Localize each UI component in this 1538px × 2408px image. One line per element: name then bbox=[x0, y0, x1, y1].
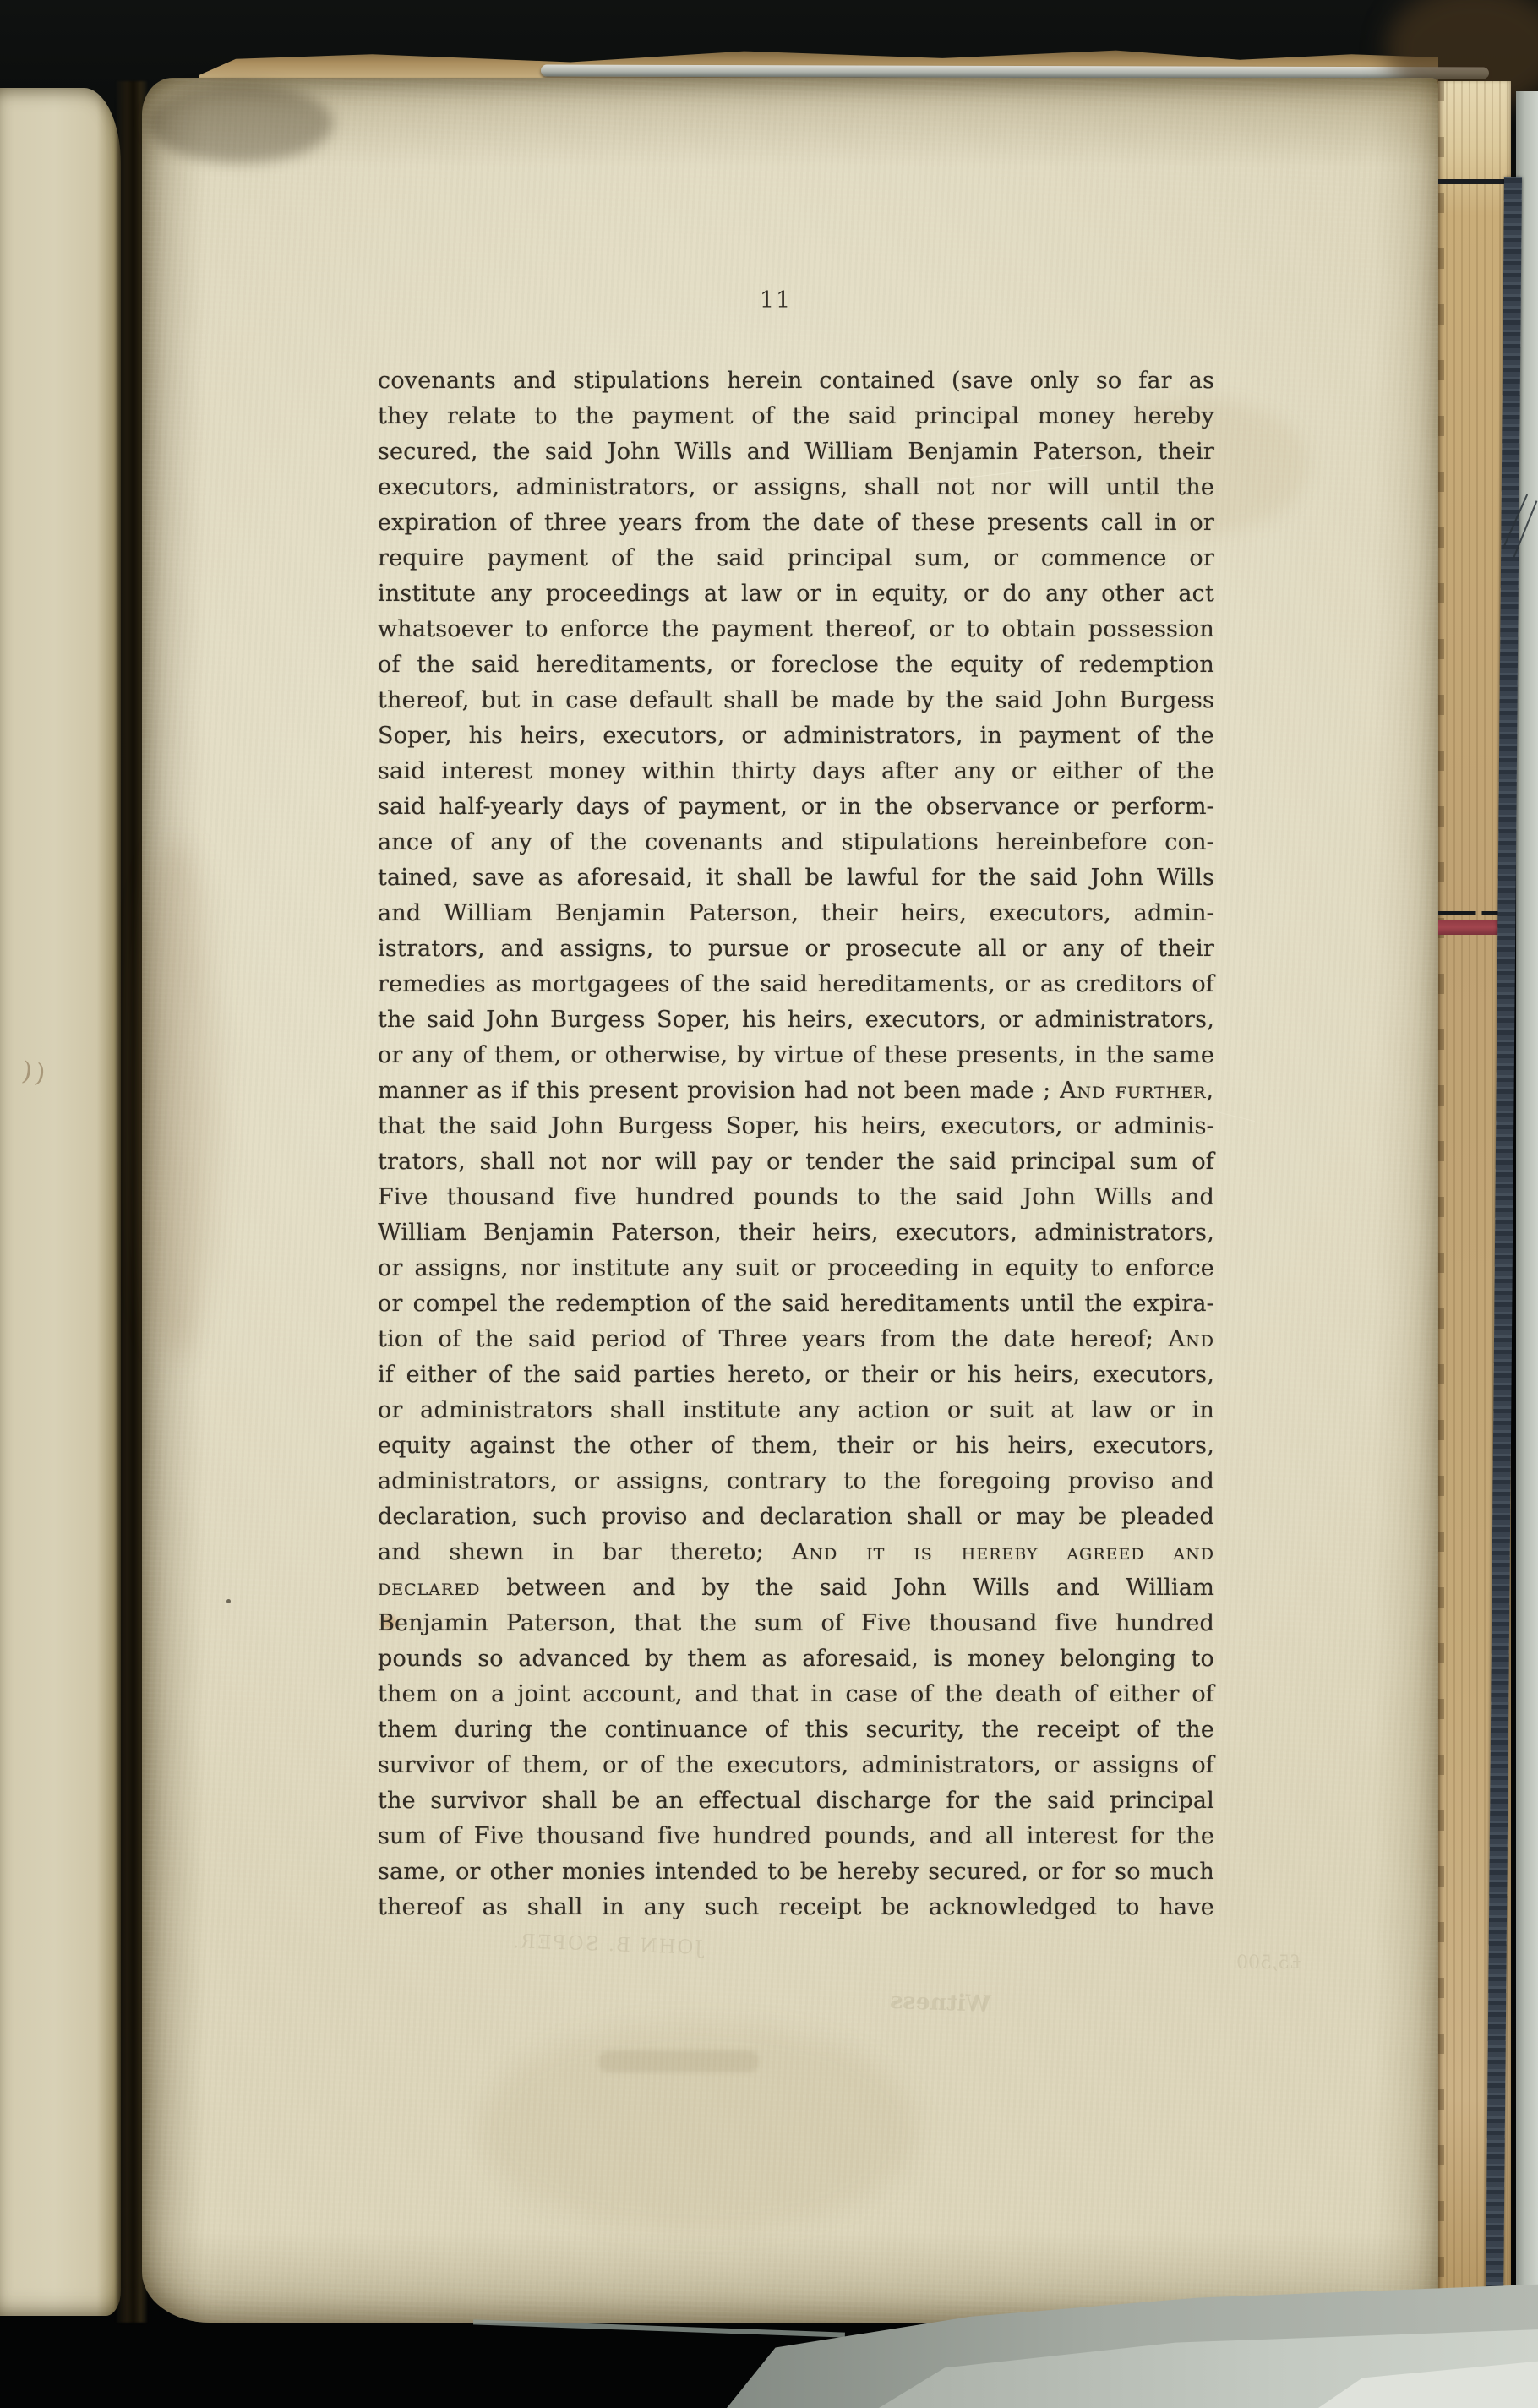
text-segment: whatsoever to enforce the payment thereo… bbox=[378, 616, 1214, 642]
text-segment: of the said hereditaments, or foreclose … bbox=[378, 652, 1214, 678]
text-line: sum of Five thousand five hundred pounds… bbox=[378, 1819, 1214, 1854]
text-line: whatsoever to enforce the payment thereo… bbox=[378, 612, 1214, 647]
text-line: Five thousand five hundred pounds to the… bbox=[378, 1180, 1214, 1215]
text-segment: secured, the said John Wills and William… bbox=[378, 439, 1214, 465]
text-line: expiration of three years from the date … bbox=[378, 505, 1214, 541]
text-segment: them during the continuance of this secu… bbox=[378, 1717, 1214, 1743]
text-line: covenants and stipulations herein contai… bbox=[378, 363, 1214, 399]
book-page: 11 covenants and stipulations herein con… bbox=[142, 78, 1438, 2323]
loose-white-sheet bbox=[1318, 2341, 1538, 2408]
text-line: said half-yearly days of payment, or in … bbox=[378, 789, 1214, 825]
text-segment: sum of Five thousand five hundred pounds… bbox=[378, 1823, 1214, 1849]
edge-pen-marks bbox=[1509, 492, 1536, 563]
text-segment: thereof as shall in any such receipt be … bbox=[378, 1894, 1214, 1920]
text-line: administrators, or assigns, contrary to … bbox=[378, 1464, 1214, 1499]
text-line: them during the continuance of this secu… bbox=[378, 1712, 1214, 1748]
text-segment: pounds so advanced by them as aforesaid,… bbox=[378, 1646, 1214, 1672]
text-segment: trators, shall not nor will pay or tende… bbox=[378, 1149, 1214, 1175]
text-segment: ance of any of the covenants and stipula… bbox=[378, 829, 1214, 855]
text-segment: tained, save as aforesaid, it shall be l… bbox=[378, 865, 1214, 891]
text-segment: declaration, such proviso and declaratio… bbox=[378, 1504, 1214, 1530]
text-line: said interest money within thirty days a… bbox=[378, 754, 1214, 789]
text-line: institute any proceedings at law or in e… bbox=[378, 576, 1214, 612]
text-line: tained, save as aforesaid, it shall be l… bbox=[378, 860, 1214, 896]
text-line: or any of them, or otherwise, by virtue … bbox=[378, 1038, 1214, 1073]
text-segment: expiration of three years from the date … bbox=[378, 510, 1214, 536]
text-segment: or assigns, nor institute any suit or pr… bbox=[378, 1255, 1214, 1281]
text-segment: or administrators shall institute any ac… bbox=[378, 1397, 1214, 1423]
smallcaps-phrase: And bbox=[1169, 1326, 1214, 1352]
text-line: secured, the said John Wills and William… bbox=[378, 434, 1214, 470]
paper-stain bbox=[147, 83, 333, 163]
fore-edge-chipped-border bbox=[1438, 81, 1444, 2323]
text-segment: institute any proceedings at law or in e… bbox=[378, 581, 1214, 607]
text-line: manner as if this present provision had … bbox=[378, 1073, 1214, 1109]
text-segment: administrators, or assigns, contrary to … bbox=[378, 1468, 1214, 1494]
text-segment: said half-yearly days of payment, or in … bbox=[378, 794, 1214, 820]
text-segment: tion of the said period of Three years f… bbox=[378, 1326, 1169, 1352]
showthrough-ghost-amount: £5,500 bbox=[1236, 1952, 1301, 1974]
text-line: or assigns, nor institute any suit or pr… bbox=[378, 1251, 1214, 1286]
text-line: declared between and by the said John Wi… bbox=[378, 1570, 1214, 1606]
text-segment: thereof, but in case default shall be ma… bbox=[378, 687, 1214, 713]
text-segment: them on a joint account, and that in cas… bbox=[378, 1681, 1214, 1707]
text-line: declaration, such proviso and declaratio… bbox=[378, 1499, 1214, 1535]
text-line: of the said hereditaments, or foreclose … bbox=[378, 647, 1214, 683]
text-line: them on a joint account, and that in cas… bbox=[378, 1677, 1214, 1712]
text-segment: equity against the other of them, their … bbox=[378, 1433, 1214, 1459]
text-line: Benjamin Paterson, that the sum of Five … bbox=[378, 1606, 1214, 1641]
smallcaps-phrase: declared bbox=[378, 1575, 480, 1601]
text-line: if either of the said parties hereto, or… bbox=[378, 1357, 1214, 1393]
text-segment: the survivor shall be an effectual disch… bbox=[378, 1788, 1214, 1814]
text-line: the survivor shall be an effectual disch… bbox=[378, 1783, 1214, 1819]
text-line: or compel the redemption of the said her… bbox=[378, 1286, 1214, 1322]
text-segment: Benjamin Paterson, that the sum of Five … bbox=[378, 1610, 1214, 1636]
fore-edge-black-line bbox=[1438, 179, 1511, 184]
text-line: and shewn in bar thereto; And it is here… bbox=[378, 1535, 1214, 1570]
book-scan-photo: )) 11 covenants and stipulations herein … bbox=[0, 0, 1538, 2408]
text-line: istrators, and assigns, to pursue or pro… bbox=[378, 931, 1214, 967]
text-line: that the said John Burgess Soper, his he… bbox=[378, 1109, 1214, 1144]
body-text-block: covenants and stipulations herein contai… bbox=[378, 363, 1214, 1925]
text-line: or administrators shall institute any ac… bbox=[378, 1393, 1214, 1428]
text-segment: and William Benjamin Paterson, their hei… bbox=[378, 900, 1214, 926]
text-line: trators, shall not nor will pay or tende… bbox=[378, 1144, 1214, 1180]
margin-smudge-marks: )) bbox=[20, 1057, 51, 1089]
text-segment: William Benjamin Paterson, their heirs, … bbox=[378, 1220, 1214, 1246]
text-line: same, or other monies intended to be her… bbox=[378, 1854, 1214, 1890]
text-segment: or compel the redemption of the said her… bbox=[378, 1291, 1214, 1317]
left-page-edge bbox=[0, 88, 121, 2316]
text-line: William Benjamin Paterson, their heirs, … bbox=[378, 1215, 1214, 1251]
text-line: they relate to the payment of the said p… bbox=[378, 399, 1214, 434]
text-segment: they relate to the payment of the said p… bbox=[378, 403, 1214, 429]
showthrough-ghost-smear bbox=[598, 2050, 759, 2072]
text-segment: said interest money within thirty days a… bbox=[378, 758, 1214, 784]
text-line: and William Benjamin Paterson, their hei… bbox=[378, 896, 1214, 931]
text-segment: survivor of them, or of the executors, a… bbox=[378, 1752, 1214, 1778]
text-line: thereof as shall in any such receipt be … bbox=[378, 1890, 1214, 1925]
smallcaps-phrase: And it is hereby agreed and bbox=[792, 1539, 1214, 1565]
text-line: tion of the said period of Three years f… bbox=[378, 1322, 1214, 1357]
smallcaps-phrase: And further, bbox=[1060, 1078, 1214, 1104]
page-number: 11 bbox=[725, 287, 826, 314]
text-segment: remedies as mortgagees of the said hered… bbox=[378, 971, 1214, 997]
text-segment: istrators, and assigns, to pursue or pro… bbox=[378, 936, 1214, 962]
text-segment: same, or other monies intended to be her… bbox=[378, 1859, 1214, 1885]
text-segment: that the said John Burgess Soper, his he… bbox=[378, 1113, 1214, 1139]
text-segment: covenants and stipulations herein contai… bbox=[378, 368, 1214, 394]
paper-stain bbox=[134, 838, 218, 1362]
text-line: thereof, but in case default shall be ma… bbox=[378, 683, 1214, 718]
text-segment: if either of the said parties hereto, or… bbox=[378, 1362, 1214, 1388]
text-segment: between and by the said John Wills and W… bbox=[480, 1575, 1214, 1601]
text-segment: require payment of the said principal su… bbox=[378, 545, 1214, 571]
text-line: the said John Burgess Soper, his heirs, … bbox=[378, 1002, 1214, 1038]
text-line: equity against the other of them, their … bbox=[378, 1428, 1214, 1464]
showthrough-ghost-text: JOHN B. SOPER. bbox=[511, 1930, 703, 1959]
text-line: remedies as mortgagees of the said hered… bbox=[378, 967, 1214, 1002]
text-segment: Soper, his heirs, executors, or administ… bbox=[378, 723, 1214, 749]
text-line: ance of any of the covenants and stipula… bbox=[378, 825, 1214, 860]
text-segment: executors, administrators, or assigns, s… bbox=[378, 474, 1214, 500]
text-line: pounds so advanced by them as aforesaid,… bbox=[378, 1641, 1214, 1677]
text-segment: and shewn in bar thereto; bbox=[378, 1539, 792, 1565]
text-line: executors, administrators, or assigns, s… bbox=[378, 470, 1214, 505]
ink-speck bbox=[226, 1599, 231, 1603]
text-segment: or any of them, or otherwise, by virtue … bbox=[378, 1042, 1214, 1068]
text-line: Soper, his heirs, executors, or administ… bbox=[378, 718, 1214, 754]
text-line: require payment of the said principal su… bbox=[378, 541, 1214, 576]
text-segment: manner as if this present provision had … bbox=[378, 1078, 1060, 1104]
text-segment: Five thousand five hundred pounds to the… bbox=[378, 1184, 1214, 1210]
text-segment: the said John Burgess Soper, his heirs, … bbox=[378, 1007, 1214, 1033]
top-edge-gray-rod bbox=[541, 65, 1489, 79]
showthrough-ghost-text: Witness bbox=[889, 1988, 991, 2018]
text-line: survivor of them, or of the executors, a… bbox=[378, 1748, 1214, 1783]
